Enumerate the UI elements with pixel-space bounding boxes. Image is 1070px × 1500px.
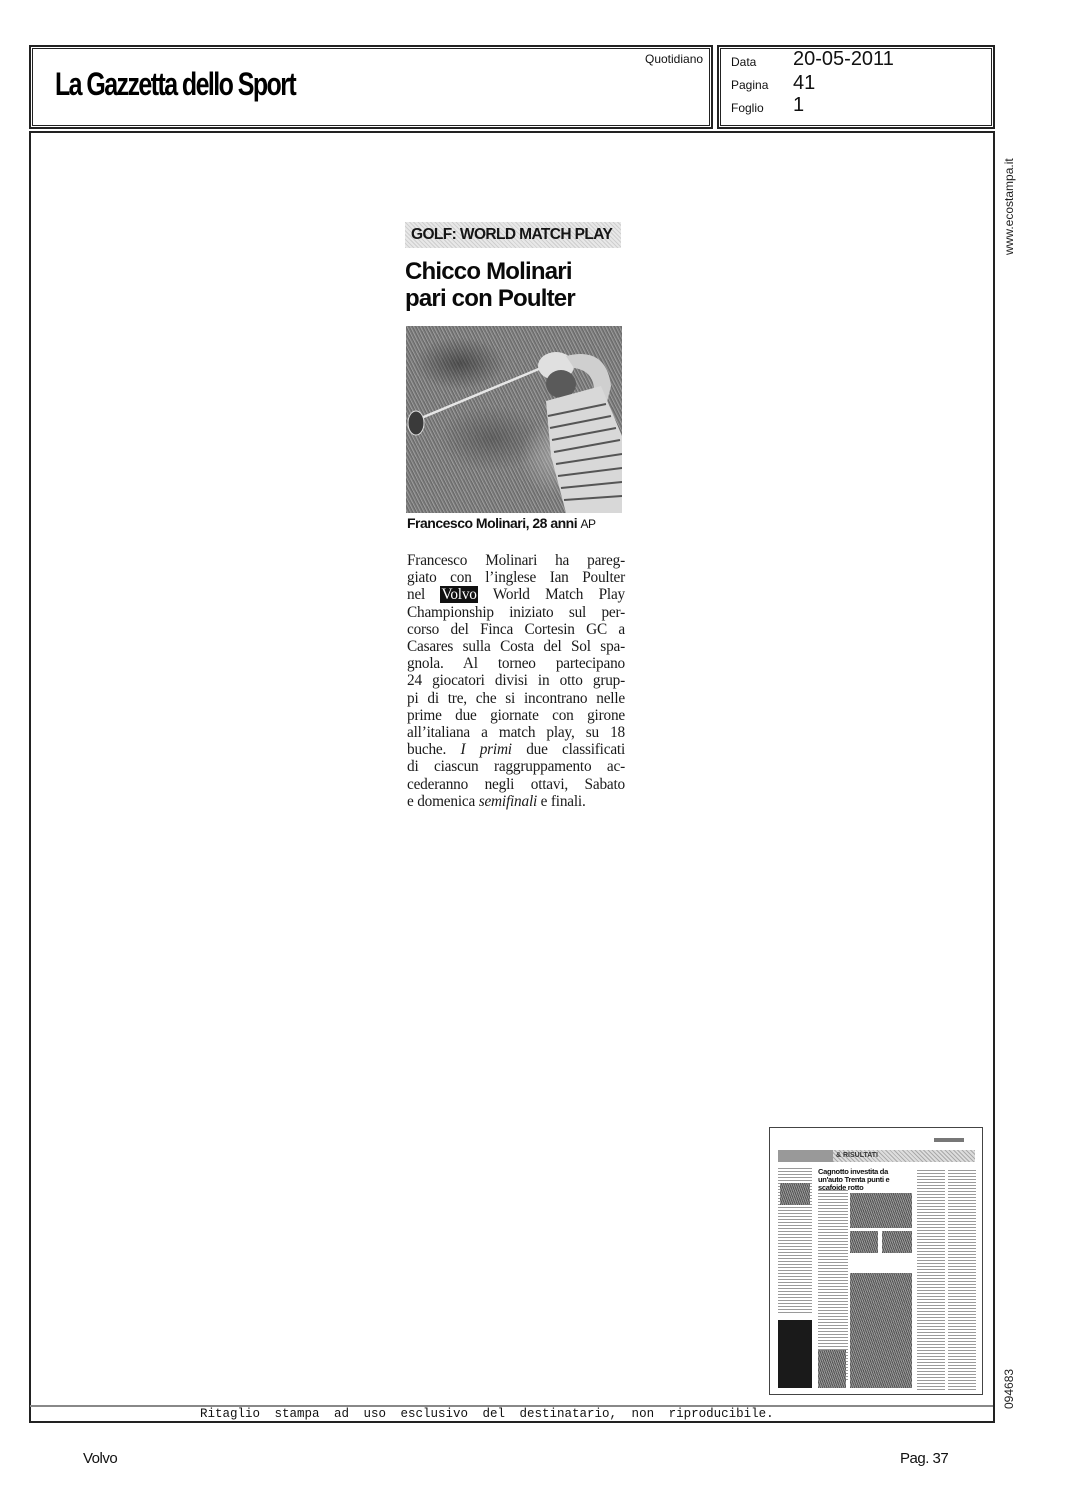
body-line-part: e domenica: [407, 793, 475, 810]
disclaimer: Ritaglio stampa ad uso esclusivo del des…: [200, 1407, 774, 1421]
body-line-part: e finali.: [541, 793, 586, 810]
article-photo: [406, 326, 622, 513]
thumb-column-3: [917, 1168, 945, 1390]
thumb-dark-box: [778, 1320, 812, 1388]
headline-line-2: pari con Poulter: [405, 285, 635, 312]
thumb-image-3: [850, 1231, 878, 1253]
body-line: prime due giornate con girone: [407, 707, 625, 724]
body-line-prefix: nel: [407, 586, 425, 603]
publication-masthead: La Gazzetta dello Sport: [55, 66, 295, 103]
page-label: Pagina: [731, 78, 768, 92]
footer-page-number: Pag. 37: [900, 1450, 948, 1467]
headline-line-1: Chicco Molinari: [405, 258, 635, 285]
side-url: www.ecostampa.it: [1002, 158, 1016, 255]
body-line: di ciascun raggruppamento ac-: [407, 758, 625, 775]
thumb-image-1: [780, 1183, 810, 1205]
page-value: 41: [793, 72, 815, 95]
thumb-section-label: & RISULTATI: [836, 1152, 878, 1159]
thumb-image-2: [850, 1193, 912, 1228]
article-body: Francesco Molinari ha pareg- giato con l…: [407, 552, 625, 810]
body-line: Francesco Molinari ha pareg-: [407, 552, 625, 569]
body-line-italic: semifinali: [479, 793, 537, 810]
thumb-image-6: [818, 1350, 846, 1388]
body-line-suffix: World Match Play: [493, 586, 625, 603]
body-line-part: buche.: [407, 741, 446, 758]
photo-caption: Francesco Molinari, 28 anni AP: [407, 515, 596, 531]
body-line: corso del Finca Cortesin GC a: [407, 621, 625, 638]
body-line-italic: I primi: [460, 741, 511, 758]
publication-frequency: Quotidiano: [645, 52, 703, 66]
article-headline: Chicco Molinari pari con Poulter: [405, 258, 635, 312]
body-line: gnola. Al torneo partecipano: [407, 655, 625, 672]
body-line: e domenica semifinali e finali.: [407, 793, 625, 810]
body-line: giato con l’inglese Ian Poulter: [407, 569, 625, 586]
side-code: 094683: [1002, 1369, 1016, 1409]
body-line-part: due classificati: [526, 741, 625, 758]
body-line: buche. I primi due classificati: [407, 741, 625, 758]
caption-text: Francesco Molinari, 28 anni: [407, 515, 577, 531]
article-kicker: GOLF: WORLD MATCH PLAY: [405, 222, 621, 248]
date-value: 20-05-2011: [793, 48, 894, 71]
sheet-label: Foglio: [731, 101, 764, 115]
body-line: pi di tre, che si incontrano nelle: [407, 690, 625, 707]
date-label: Data: [731, 55, 756, 69]
thumb-section-logo: [778, 1150, 833, 1162]
thumb-date-mark: [934, 1138, 964, 1142]
thumb-image-4: [882, 1231, 912, 1253]
body-line: Casares sulla Costa del Sol spa-: [407, 638, 625, 655]
body-line: all’italiana a match play, su 18: [407, 724, 625, 741]
thumb-section-band: & RISULTATI: [778, 1150, 975, 1162]
sheet-value: 1: [793, 94, 804, 117]
body-line: Championship iniziato sul per-: [407, 604, 625, 621]
thumb-image-5: [850, 1273, 912, 1388]
highlighted-keyword: Volvo: [440, 586, 477, 603]
footer-keyword: Volvo: [83, 1450, 117, 1467]
page-thumbnail: & RISULTATI Cagnotto investita da un'aut…: [769, 1127, 983, 1395]
thumb-headline: Cagnotto investita da un'auto Trenta pun…: [818, 1168, 910, 1192]
caption-credit: AP: [581, 517, 596, 531]
golfer-photo-icon: [406, 326, 622, 513]
body-line: nel Volvo World Match Play: [407, 586, 625, 603]
body-line: 24 giocatori divisi in otto grup-: [407, 672, 625, 689]
thumb-column-4: [948, 1168, 976, 1390]
body-line: cederanno negli ottavi, Sabato: [407, 776, 625, 793]
